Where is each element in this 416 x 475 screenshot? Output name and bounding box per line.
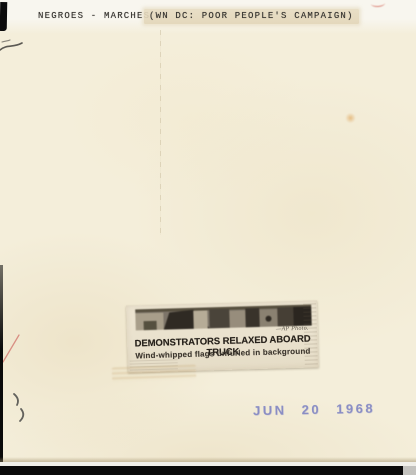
scanner-edge-top-left (0, 2, 7, 31)
tape-residue-mark (112, 365, 196, 382)
scanner-edge-bottom (0, 466, 403, 475)
photo-verso-scan: { "scan": { "header": { "subject": "NEGR… (0, 0, 416, 475)
scan-surface: NEGROES - MARCHES (WN DC: POOR PEOPLE'S … (0, 0, 416, 475)
paper-fold-line (160, 30, 161, 235)
orange-stain (345, 113, 356, 123)
date-stamp: JUN 20 1968 (253, 401, 373, 419)
scanner-edge-bottom-right (403, 466, 416, 475)
print-through-text-right (303, 303, 318, 364)
newspaper-clipping: —AP Photo. DEMONSTRATORS RELAXED ABOARD … (126, 300, 319, 372)
category-label-highlighted: (WN DC: POOR PEOPLE'S CAMPAIGN) (144, 9, 359, 24)
subject-label: NEGROES - MARCHES (38, 11, 150, 21)
scanner-edge-left (0, 265, 3, 475)
